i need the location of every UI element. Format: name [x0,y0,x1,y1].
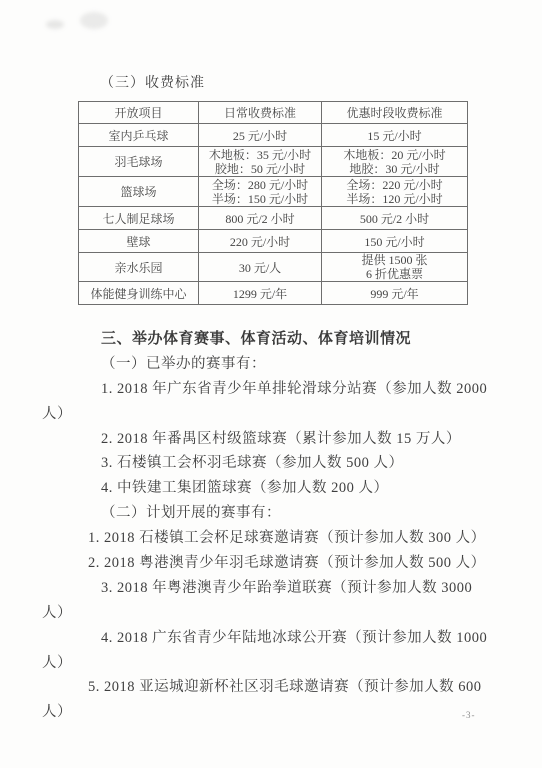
fee-table-row: 室内乒乓球 25 元/小时 15 元/小时 [79,124,468,147]
cell-daily: 1299 元/年 [199,282,322,305]
cell-line: 提供 1500 张 [324,253,465,267]
fee-table-row: 亲水乐园 30 元/人 提供 1500 张 6 折优惠票 [79,253,468,282]
fee-table-row: 七人制足球场 800 元/2 小时 500 元/2 小时 [79,207,468,230]
cell-item: 亲水乐园 [79,253,199,282]
fee-table-row: 壁球 220 元/小时 150 元/小时 [79,230,468,253]
cell-daily: 800 元/2 小时 [199,207,322,230]
cell-item: 羽毛球场 [79,147,199,177]
fee-table-header-row: 开放项目 日常收费标准 优惠时段收费标准 [79,102,468,124]
held-events-subheading: （一）已举办的赛事有： [42,352,510,377]
cell-discount: 全场：220 元/小时 半场：120 元/小时 [322,177,468,207]
fee-table-row: 体能健身训练中心 1299 元/年 999 元/年 [79,282,468,305]
col-header-discount-fee: 优惠时段收费标准 [322,102,468,124]
cell-discount: 150 元/小时 [322,230,468,253]
col-header-open-item: 开放项目 [79,102,199,124]
planned-events-subheading: （二）计划开展的赛事有： [42,501,510,526]
cell-item: 室内乒乓球 [79,124,199,147]
cell-daily: 木地板：35 元/小时 胶地：50 元/小时 [199,147,322,177]
page-number: -3- [462,710,476,720]
cell-line: 半场：120 元/小时 [324,192,465,206]
cell-line: 胶地：50 元/小时 [201,162,319,176]
cell-item: 体能健身训练中心 [79,282,199,305]
events-section-heading: 三、举办体育赛事、体育活动、体育培训情况 [42,327,510,352]
cell-daily: 全场：280 元/小时 半场：150 元/小时 [199,177,322,207]
held-event-1-line-2: 人） [42,402,510,427]
cell-daily: 220 元/小时 [199,230,322,253]
planned-event-2: 2. 2018 粤港澳青少年羽毛球邀请赛（预计参加人数 500 人） [42,551,510,576]
held-event-3: 3. 石楼镇工会杯羽毛球赛（参加人数 500 人） [42,451,510,476]
planned-event-5-line-2: 人） [42,700,510,725]
fee-table-row: 篮球场 全场：280 元/小时 半场：150 元/小时 全场：220 元/小时 … [79,177,468,207]
planned-event-5-line-1: 5. 2018 亚运城迎新杯社区羽毛球邀请赛（预计参加人数 600 [42,675,510,700]
col-header-daily-fee: 日常收费标准 [199,102,322,124]
cell-line: 6 折优惠票 [324,267,465,281]
events-section: 三、举办体育赛事、体育活动、体育培训情况 （一）已举办的赛事有： 1. 2018… [42,327,510,725]
held-event-1-line-1: 1. 2018 年广东省青少年单排轮滑球分站赛（参加人数 2000 [42,377,510,402]
cell-line: 木地板：35 元/小时 [201,148,319,162]
cell-discount: 提供 1500 张 6 折优惠票 [322,253,468,282]
fee-table: 开放项目 日常收费标准 优惠时段收费标准 室内乒乓球 25 元/小时 15 元/… [78,101,468,305]
planned-event-4-line-2: 人） [42,651,510,676]
cell-discount: 15 元/小时 [322,124,468,147]
cell-line: 地胶：30 元/小时 [324,162,465,176]
document-page: （三）收费标准 开放项目 日常收费标准 优惠时段收费标准 室内乒乓球 25 元/… [0,0,542,768]
cell-line: 半场：150 元/小时 [201,192,319,206]
cell-discount: 木地板：20 元/小时 地胶：30 元/小时 [322,147,468,177]
scan-smudge [80,12,108,29]
cell-line: 全场：280 元/小时 [201,178,319,192]
cell-item: 篮球场 [79,177,199,207]
cell-daily: 30 元/人 [199,253,322,282]
fee-table-row: 羽毛球场 木地板：35 元/小时 胶地：50 元/小时 木地板：20 元/小时 … [79,147,468,177]
cell-item: 壁球 [79,230,199,253]
planned-event-4-line-1: 4. 2018 广东省青少年陆地冰球公开赛（预计参加人数 1000 [42,626,510,651]
held-event-4: 4. 中铁建工集团篮球赛（参加人数 200 人） [42,476,510,501]
cell-line: 木地板：20 元/小时 [324,148,465,162]
held-event-2: 2. 2018 年番禺区村级篮球赛（累计参加人数 15 万人） [42,427,510,452]
cell-daily: 25 元/小时 [199,124,322,147]
cell-discount: 500 元/2 小时 [322,207,468,230]
planned-event-1: 1. 2018 石楼镇工会杯足球赛邀请赛（预计参加人数 300 人） [42,526,510,551]
planned-event-3-line-2: 人） [42,601,510,626]
fee-standard-heading: （三）收费标准 [100,72,205,92]
cell-item: 七人制足球场 [79,207,199,230]
cell-discount: 999 元/年 [322,282,468,305]
cell-line: 全场：220 元/小时 [324,178,465,192]
planned-event-3-line-1: 3. 2018 年粤港澳青少年跆拳道联赛（预计参加人数 3000 [42,576,510,601]
scan-smudge [46,20,64,29]
